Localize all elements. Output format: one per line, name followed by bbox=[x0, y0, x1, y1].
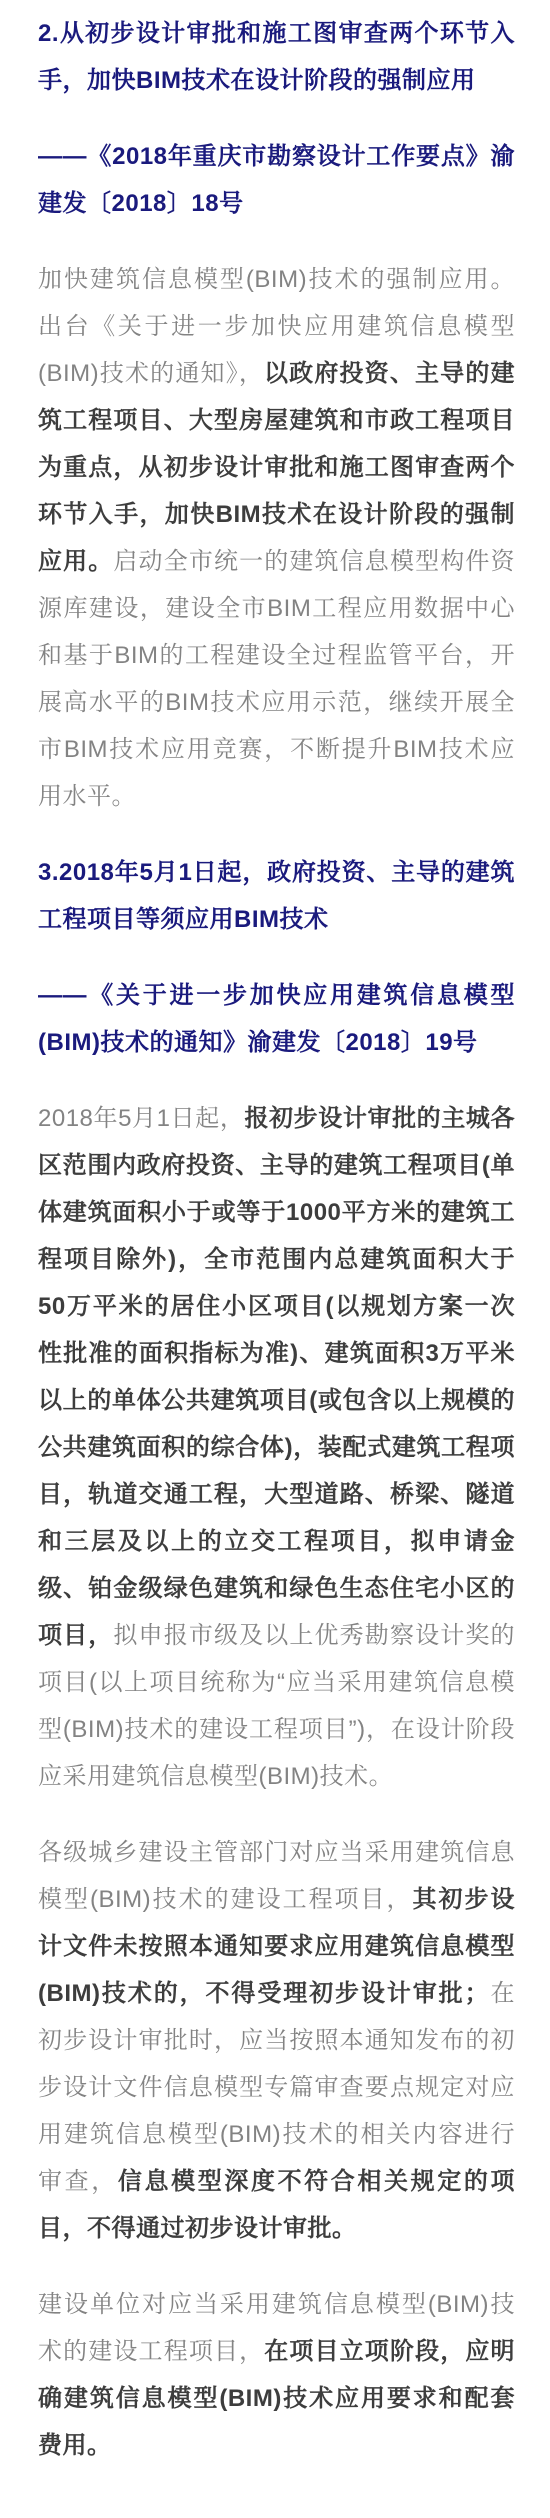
section-3-paragraph-3: 建设单位对应当采用建筑信息模型(BIM)技术的建设工程项目，在项目立项阶段，应明… bbox=[38, 2281, 515, 2469]
text-run: 2018年5月1日起， bbox=[38, 1105, 244, 1132]
bold-text-run: 以政府投资、主导的建筑工程项目、大型房屋建筑和市政工程项目为重点，从初步设计审批… bbox=[38, 360, 515, 575]
section-2-heading: 2.从初步设计审批和施工图审查两个环节入手，加快BIM技术在设计阶段的强制应用 bbox=[38, 10, 515, 104]
article: 2.从初步设计审批和施工图审查两个环节入手，加快BIM技术在设计阶段的强制应用 … bbox=[0, 0, 550, 2518]
text-run: 在初步设计审批时，应当按照本通知发布的初步设计文件信息模型专篇审查要点规定对应用… bbox=[38, 1980, 515, 2195]
section-3-paragraph-1: 2018年5月1日起，报初步设计审批的主城各区范围内政府投资、主导的建筑工程项目… bbox=[38, 1095, 515, 1800]
section-2-paragraph-1: 加快建筑信息模型(BIM)技术的强制应用。出台《关于进一步加快应用建筑信息模型(… bbox=[38, 256, 515, 820]
section-3: 3.2018年5月1日起，政府投资、主导的建筑工程项目等须应用BIM技术 ——《… bbox=[38, 849, 515, 2469]
section-3-source-citation: ——《关于进一步加快应用建筑信息模型(BIM)技术的通知》渝建发〔2018〕19… bbox=[38, 972, 515, 1066]
section-3-heading: 3.2018年5月1日起，政府投资、主导的建筑工程项目等须应用BIM技术 bbox=[38, 849, 515, 943]
section-3-paragraph-2: 各级城乡建设主管部门对应当采用建筑信息模型(BIM)技术的建设工程项目，其初步设… bbox=[38, 1829, 515, 2252]
text-run: 启动全市统一的建筑信息模型构件资源库建设，建设全市BIM工程应用数据中心和基于B… bbox=[38, 548, 515, 810]
bold-text-run: 报初步设计审批的主城各区范围内政府投资、主导的建筑工程项目(单体建筑面积小于或等… bbox=[38, 1105, 515, 1649]
section-2-source-citation: ——《2018年重庆市勘察设计工作要点》渝建发〔2018〕18号 bbox=[38, 133, 515, 227]
section-2: 2.从初步设计审批和施工图审查两个环节入手，加快BIM技术在设计阶段的强制应用 … bbox=[38, 10, 515, 820]
